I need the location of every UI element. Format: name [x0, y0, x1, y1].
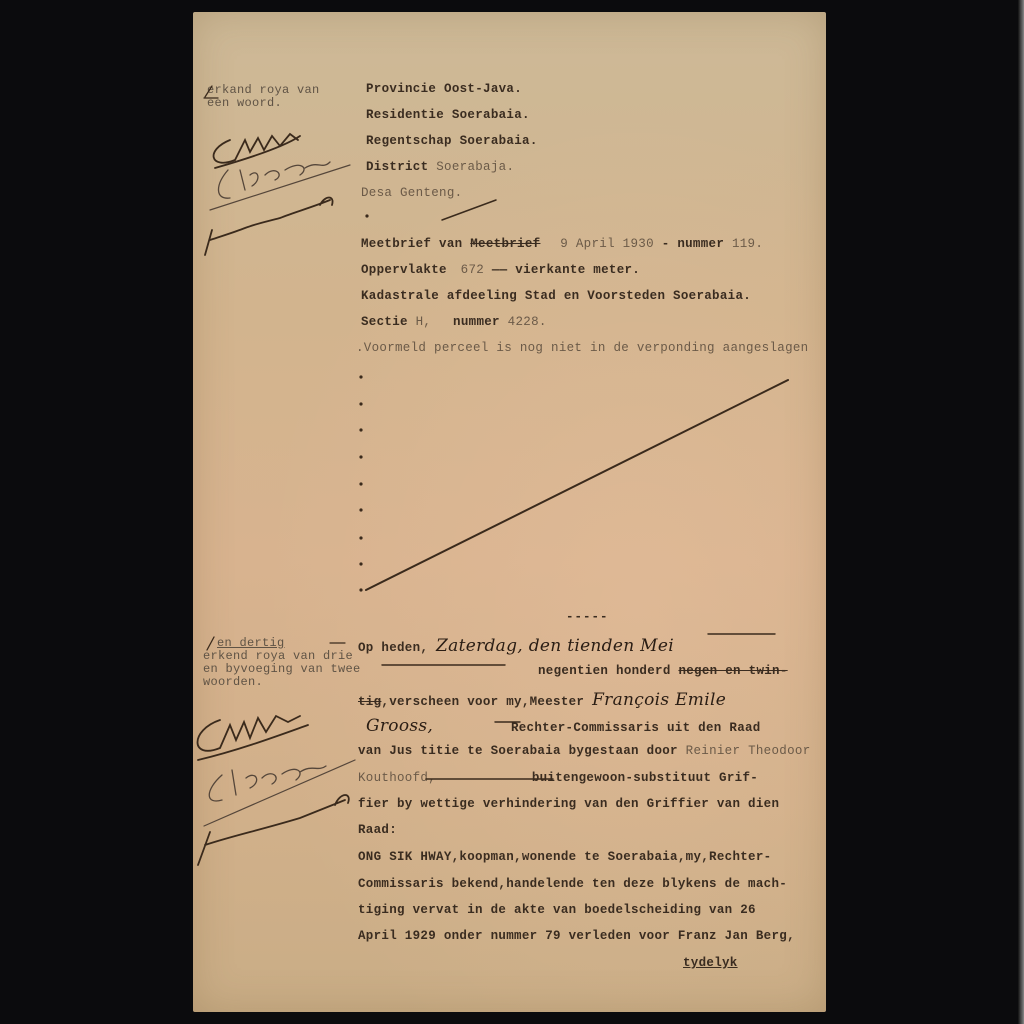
dot-column	[359, 214, 368, 591]
signature-grooss-bottom	[204, 760, 355, 826]
signature-grooss-top	[210, 162, 350, 210]
signature-commissaris-bottom	[198, 716, 309, 760]
signature-kouthoofd-top	[205, 198, 333, 256]
pen-strokes	[0, 0, 1024, 1024]
signature-commissaris-top	[214, 134, 300, 168]
signature-kouthoofd-bottom	[198, 795, 349, 865]
cancel-short-line	[442, 200, 496, 220]
cancel-diagonal-line	[366, 380, 788, 590]
margin-mark-top	[204, 86, 218, 98]
margin-mark-bottom	[207, 637, 214, 650]
